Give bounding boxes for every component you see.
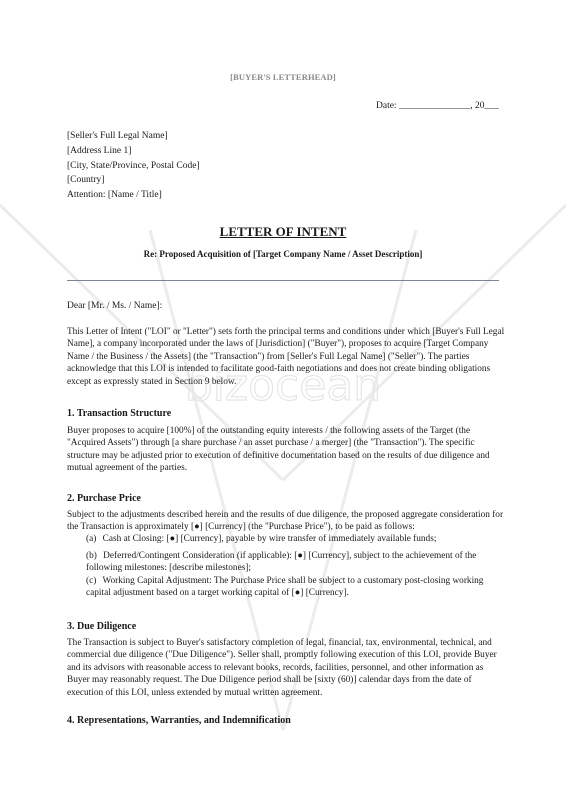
intro-paragraph: This Letter of Intent ("LOI" or "Letter"… xyxy=(67,326,507,388)
list-item-text: Working Capital Adjustment: The Purchase… xyxy=(86,576,483,598)
date-line: Date: _______________, 20___ xyxy=(376,101,499,111)
section-heading-purchase-price: 2. Purchase Price xyxy=(67,493,141,504)
recipient-address: [Seller's Full Legal Name] [Address Line… xyxy=(67,129,200,203)
list-item-label: (a) xyxy=(86,534,96,544)
list-item: (c) Working Capital Adjustment: The Purc… xyxy=(86,575,506,600)
list-item: (a) Cash at Closing: [●] [Currency], pay… xyxy=(86,533,506,545)
section-body-transaction-structure: Buyer proposes to acquire [100%] of the … xyxy=(67,425,507,475)
list-item-text: Cash at Closing: [●] [Currency], payable… xyxy=(103,534,437,544)
section-body-due-diligence: The Transaction is subject to Buyer's sa… xyxy=(67,637,507,699)
recipient-name: [Seller's Full Legal Name] xyxy=(67,129,200,144)
document-page: [BUYER'S LETTERHEAD] Date: _____________… xyxy=(0,0,566,800)
letterhead: [BUYER'S LETTERHEAD] xyxy=(0,72,566,82)
list-item: (b) Deferred/Contingent Consideration (i… xyxy=(86,550,506,575)
list-item-label: (c) xyxy=(86,576,96,586)
document-title: LETTER OF INTENT xyxy=(0,224,566,240)
section-body-purchase-price: Subject to the adjustments described her… xyxy=(67,509,507,534)
list-item-label: (b) xyxy=(86,551,97,561)
recipient-address-line: [Address Line 1] xyxy=(67,144,200,159)
recipient-city: [City, State/Province, Postal Code] xyxy=(67,159,200,174)
section-heading-transaction-structure: 1. Transaction Structure xyxy=(67,408,171,419)
section-heading-due-diligence: 3. Due Diligence xyxy=(67,621,136,632)
list-item-text: Deferred/Contingent Consideration (if ap… xyxy=(86,551,476,573)
document-subtitle: Re: Proposed Acquisition of [Target Comp… xyxy=(0,249,566,259)
recipient-attention: Attention: [Name / Title] xyxy=(67,188,200,203)
horizontal-rule xyxy=(67,280,499,281)
recipient-country: [Country] xyxy=(67,173,200,188)
section-heading-representations: 4. Representations, Warranties, and Inde… xyxy=(67,715,291,726)
salutation: Dear [Mr. / Ms. / Name]: xyxy=(67,301,162,311)
